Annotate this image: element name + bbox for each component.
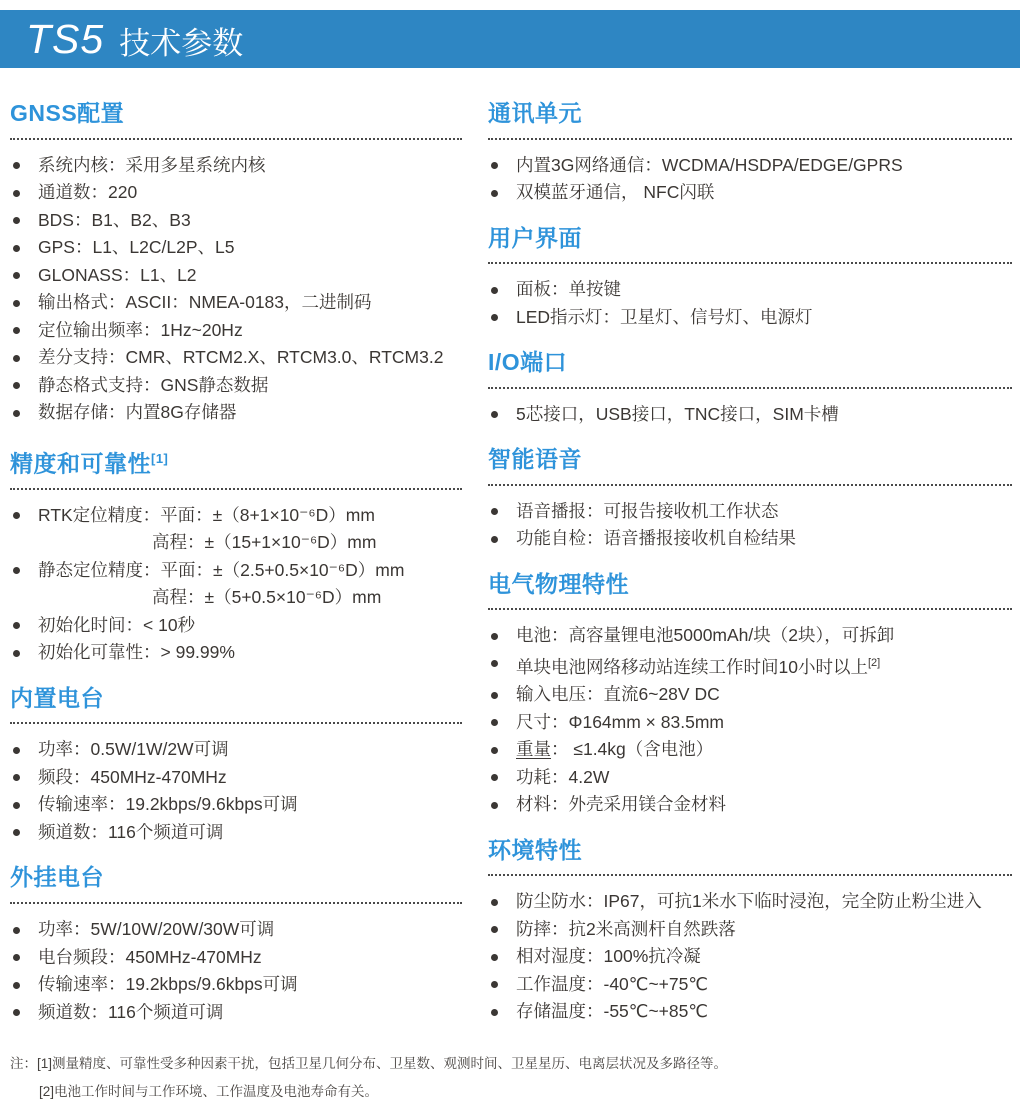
spec-section: 环境特性防尘防水：IP67，可抗1米水下临时浸泡，完全防止粉尘进入防摔：抗2米高… — [488, 837, 1012, 1026]
spec-item-text: GPS：L1、L2C/L2P、L5 — [38, 237, 235, 257]
title-banner: TS5 技术参数 — [0, 10, 1020, 68]
spec-item-text: 频段：450MHz-470MHz — [38, 767, 227, 787]
section-heading: GNSS配置 — [10, 100, 462, 128]
spec-item-text: 5芯接口，USB接口，TNC接口，SIM卡槽 — [516, 404, 839, 424]
spec-section: 外挂电台功率：5W/10W/20W/30W可调电台频段：450MHz-470MH… — [10, 864, 462, 1026]
spec-item: 功率：5W/10W/20W/30W可调 — [10, 916, 462, 944]
spec-section: I/O端口5芯接口，USB接口，TNC接口，SIM卡槽 — [488, 349, 1012, 428]
spec-item: 单块电池网络移动站连续工作时间10小时以上[2] — [488, 650, 1012, 681]
section-heading-text: 用户界面 — [488, 225, 582, 251]
spec-list: 功率：5W/10W/20W/30W可调电台频段：450MHz-470MHz传输速… — [10, 916, 462, 1026]
spec-item-text: 面板：单按键 — [516, 279, 621, 299]
spec-item: 双模蓝牙通信， NFC闪联 — [488, 179, 1012, 207]
spec-section: 电气物理特性电池：高容量锂电池5000mAh/块（2块），可拆卸单块电池网络移动… — [488, 571, 1012, 819]
right-column: 通讯单元内置3G网络通信：WCDMA/HSDPA/EDGE/GPRS双模蓝牙通信… — [488, 100, 1012, 1044]
spec-item: 功率：0.5W/1W/2W可调 — [10, 736, 462, 764]
spec-item: 定位输出频率：1Hz~20Hz — [10, 317, 462, 345]
spec-section: 用户界面面板：单按键LED指示灯：卫星灯、信号灯、电源灯 — [488, 225, 1012, 332]
spec-item-text: 功耗：4.2W — [516, 767, 609, 787]
dotted-divider — [488, 387, 1012, 389]
dotted-divider — [488, 608, 1012, 610]
spec-item: 频道数：116个频道可调 — [10, 999, 462, 1027]
spec-item-text: 双模蓝牙通信， NFC闪联 — [516, 182, 714, 202]
spec-item-text: 功率：0.5W/1W/2W可调 — [38, 739, 229, 759]
spec-item: 面板：单按键 — [488, 276, 1012, 304]
spec-item-text: 定位输出频率：1Hz~20Hz — [38, 320, 243, 340]
spec-list: 电池：高容量锂电池5000mAh/块（2块），可拆卸单块电池网络移动站连续工作时… — [488, 622, 1012, 818]
spec-item: RTK定位精度：平面：±（8+1×10⁻⁶D）mm高程：±（15+1×10⁻⁶D… — [10, 502, 462, 557]
spec-item-text: 单块电池网络移动站连续工作时间10小时以上 — [516, 657, 868, 677]
spec-item-text: 相对湿度：100%抗冷凝 — [516, 946, 701, 966]
dotted-divider — [10, 488, 462, 490]
dotted-divider — [488, 262, 1012, 264]
spec-item: 材料：外壳采用镁合金材料 — [488, 791, 1012, 819]
spec-item: 输入电压：直流6~28V DC — [488, 681, 1012, 709]
spec-list: 系统内核：采用多星系统内核通道数：220BDS：B1、B2、B3GPS：L1、L… — [10, 152, 462, 427]
spec-item: 语音播报：可报告接收机工作状态 — [488, 498, 1012, 526]
spec-item-text: 电台频段：450MHz-470MHz — [38, 947, 262, 967]
section-heading-text: 通讯单元 — [488, 100, 582, 126]
spec-item-text: LED指示灯：卫星灯、信号灯、电源灯 — [516, 307, 813, 327]
spec-item-text: 尺寸：Φ164mm × 83.5mm — [516, 712, 724, 732]
page-title: 技术参数 — [119, 15, 243, 63]
section-heading-text: 环境特性 — [488, 837, 582, 863]
spec-item: 输出格式：ASCII：NMEA-0183，二进制码 — [10, 289, 462, 317]
spec-list: RTK定位精度：平面：±（8+1×10⁻⁶D）mm高程：±（15+1×10⁻⁶D… — [10, 502, 462, 667]
product-name: TS5 — [26, 16, 104, 63]
spec-item: 尺寸：Φ164mm × 83.5mm — [488, 709, 1012, 737]
spec-item: 数据存储：内置8G存储器 — [10, 399, 462, 427]
dotted-divider — [10, 722, 462, 724]
spec-item: 静态格式支持：GNS静态数据 — [10, 372, 462, 400]
spec-item: 频段：450MHz-470MHz — [10, 764, 462, 792]
spec-item-text: 防摔：抗2米高测杆自然跌落 — [516, 919, 736, 939]
spec-item-text: 功能自检：语音播报接收机自检结果 — [516, 528, 796, 548]
spec-item-text: BDS：B1、B2、B3 — [38, 210, 191, 230]
section-heading: 外挂电台 — [10, 864, 462, 892]
section-heading: 精度和可靠性[1] — [10, 445, 462, 478]
spec-item-text: 传输速率：19.2kbps/9.6kbps可调 — [38, 974, 298, 994]
spec-columns: GNSS配置系统内核：采用多星系统内核通道数：220BDS：B1、B2、B3GP… — [10, 100, 1012, 1044]
spec-item: 防尘防水：IP67，可抗1米水下临时浸泡，完全防止粉尘进入 — [488, 888, 1012, 916]
spec-item: 传输速率：19.2kbps/9.6kbps可调 — [10, 971, 462, 999]
spec-item: 通道数：220 — [10, 179, 462, 207]
section-heading: 用户界面 — [488, 225, 1012, 253]
spec-item-text: 系统内核：采用多星系统内核 — [38, 155, 266, 175]
spec-item: 初始化可靠性：> 99.99% — [10, 639, 462, 667]
spec-section: 智能语音语音播报：可报告接收机工作状态功能自检：语音播报接收机自检结果 — [488, 446, 1012, 553]
section-heading: 电气物理特性 — [488, 571, 1012, 599]
spec-item: 防摔：抗2米高测杆自然跌落 — [488, 916, 1012, 944]
dotted-divider — [488, 484, 1012, 486]
footnote-label: 注： — [10, 1056, 37, 1071]
spec-item-underlined-label: 重量 — [516, 739, 551, 759]
left-column: GNSS配置系统内核：采用多星系统内核通道数：220BDS：B1、B2、B3GP… — [10, 100, 462, 1044]
spec-item: LED指示灯：卫星灯、信号灯、电源灯 — [488, 304, 1012, 332]
dotted-divider — [488, 138, 1012, 140]
spec-item-text: 存储温度：-55℃~+85℃ — [516, 1001, 708, 1021]
spec-section: 通讯单元内置3G网络通信：WCDMA/HSDPA/EDGE/GPRS双模蓝牙通信… — [488, 100, 1012, 207]
spec-list: 5芯接口，USB接口，TNC接口，SIM卡槽 — [488, 401, 1012, 429]
dotted-divider — [488, 874, 1012, 876]
footnote-1-text: [1]测量精度、可靠性受多种因素干扰，包括卫星几何分布、卫星数、观测时间、卫星星… — [37, 1056, 727, 1071]
spec-item-text: 输出格式：ASCII：NMEA-0183，二进制码 — [38, 292, 372, 312]
spec-item-text: 静态格式支持：GNS静态数据 — [38, 375, 268, 395]
spec-item: 5芯接口，USB接口，TNC接口，SIM卡槽 — [488, 401, 1012, 429]
section-heading: 内置电台 — [10, 685, 462, 713]
section-heading: 环境特性 — [488, 837, 1012, 865]
section-heading-text: 内置电台 — [10, 685, 104, 711]
spec-section: 精度和可靠性[1]RTK定位精度：平面：±（8+1×10⁻⁶D）mm高程：±（1… — [10, 445, 462, 667]
spec-list: 内置3G网络通信：WCDMA/HSDPA/EDGE/GPRS双模蓝牙通信， NF… — [488, 152, 1012, 207]
spec-item-text: 初始化可靠性：> 99.99% — [38, 642, 235, 662]
spec-item-text: 静态定位精度：平面：±（2.5+0.5×10⁻⁶D）mm — [38, 560, 404, 580]
spec-item-text: 输入电压：直流6~28V DC — [516, 684, 720, 704]
spec-item-text: 通道数：220 — [38, 182, 137, 202]
section-heading-text: I/O端口 — [488, 349, 567, 375]
spec-item: 功耗：4.2W — [488, 764, 1012, 792]
spec-section: 内置电台功率：0.5W/1W/2W可调频段：450MHz-470MHz传输速率：… — [10, 685, 462, 847]
section-heading-text: GNSS配置 — [10, 100, 124, 126]
section-heading-text: 智能语音 — [488, 446, 582, 472]
spec-item: 电池：高容量锂电池5000mAh/块（2块），可拆卸 — [488, 622, 1012, 650]
spec-item-text: 功率：5W/10W/20W/30W可调 — [38, 919, 274, 939]
section-heading: 智能语音 — [488, 446, 1012, 474]
section-heading: I/O端口 — [488, 349, 1012, 377]
spec-item: BDS：B1、B2、B3 — [10, 207, 462, 235]
spec-item: 重量： ≤1.4kg（含电池） — [488, 736, 1012, 764]
spec-item: GPS：L1、L2C/L2P、L5 — [10, 234, 462, 262]
spec-item: 内置3G网络通信：WCDMA/HSDPA/EDGE/GPRS — [488, 152, 1012, 180]
spec-item-text: 工作温度：-40℃~+75℃ — [516, 974, 708, 994]
spec-item-text: 防尘防水：IP67，可抗1米水下临时浸泡，完全防止粉尘进入 — [516, 891, 982, 911]
spec-list: 功率：0.5W/1W/2W可调频段：450MHz-470MHz传输速率：19.2… — [10, 736, 462, 846]
spec-item-text: 传输速率：19.2kbps/9.6kbps可调 — [38, 794, 298, 814]
spec-item-text: 电池：高容量锂电池5000mAh/块（2块），可拆卸 — [516, 625, 894, 645]
footnote-2: [2]电池工作时间与工作环境、工作温度及电池寿命有关。 — [10, 1078, 1020, 1102]
footnotes: 注：[1]测量精度、可靠性受多种因素干扰，包括卫星几何分布、卫星数、观测时间、卫… — [10, 1050, 1020, 1102]
section-heading: 通讯单元 — [488, 100, 1012, 128]
footnote-1: 注：[1]测量精度、可靠性受多种因素干扰，包括卫星几何分布、卫星数、观测时间、卫… — [10, 1050, 1020, 1078]
spec-list: 面板：单按键LED指示灯：卫星灯、信号灯、电源灯 — [488, 276, 1012, 331]
spec-item-continuation: 高程：±（15+1×10⁻⁶D）mm — [38, 529, 462, 557]
spec-item: 存储温度：-55℃~+85℃ — [488, 998, 1012, 1026]
spec-item-text: 材料：外壳采用镁合金材料 — [516, 794, 726, 814]
spec-sheet: TS5 技术参数 GNSS配置系统内核：采用多星系统内核通道数：220BDS：B… — [0, 10, 1020, 1102]
spec-list: 防尘防水：IP67，可抗1米水下临时浸泡，完全防止粉尘进入防摔：抗2米高测杆自然… — [488, 888, 1012, 1026]
dotted-divider — [10, 138, 462, 140]
section-heading-text: 外挂电台 — [10, 864, 104, 890]
spec-item-text: ： ≤1.4kg（含电池） — [551, 739, 713, 759]
spec-section: GNSS配置系统内核：采用多星系统内核通道数：220BDS：B1、B2、B3GP… — [10, 100, 462, 427]
dotted-divider — [10, 902, 462, 904]
spec-item-text: 初始化时间：< 10秒 — [38, 615, 195, 635]
spec-item-text: 数据存储：内置8G存储器 — [38, 402, 236, 422]
footnote-ref: [2] — [868, 657, 880, 669]
spec-item-text: 差分支持：CMR、RTCM2.X、RTCM3.0、RTCM3.2 — [38, 347, 443, 367]
section-heading-text: 电气物理特性 — [488, 571, 629, 597]
spec-item-text: 语音播报：可报告接收机工作状态 — [516, 501, 779, 521]
spec-item: 传输速率：19.2kbps/9.6kbps可调 — [10, 791, 462, 819]
spec-item: 差分支持：CMR、RTCM2.X、RTCM3.0、RTCM3.2 — [10, 344, 462, 372]
spec-item: 静态定位精度：平面：±（2.5+0.5×10⁻⁶D）mm高程：±（5+0.5×1… — [10, 557, 462, 612]
spec-item-text: 频道数：116个频道可调 — [38, 1002, 223, 1022]
spec-item-text: RTK定位精度：平面：±（8+1×10⁻⁶D）mm — [38, 505, 375, 525]
spec-item-text: 内置3G网络通信：WCDMA/HSDPA/EDGE/GPRS — [516, 155, 903, 175]
spec-item: GLONASS：L1、L2 — [10, 262, 462, 290]
spec-item: 初始化时间：< 10秒 — [10, 612, 462, 640]
spec-list: 语音播报：可报告接收机工作状态功能自检：语音播报接收机自检结果 — [488, 498, 1012, 553]
spec-item: 工作温度：-40℃~+75℃ — [488, 971, 1012, 999]
section-footnote-ref: [1] — [151, 451, 168, 466]
spec-item: 系统内核：采用多星系统内核 — [10, 152, 462, 180]
spec-item: 电台频段：450MHz-470MHz — [10, 944, 462, 972]
section-heading-text: 精度和可靠性 — [10, 450, 151, 476]
spec-item: 频道数：116个频道可调 — [10, 819, 462, 847]
spec-item-continuation: 高程：±（5+0.5×10⁻⁶D）mm — [38, 584, 462, 612]
spec-item: 相对湿度：100%抗冷凝 — [488, 943, 1012, 971]
spec-item-text: 频道数：116个频道可调 — [38, 822, 223, 842]
spec-item-text: GLONASS：L1、L2 — [38, 265, 197, 285]
spec-item: 功能自检：语音播报接收机自检结果 — [488, 525, 1012, 553]
